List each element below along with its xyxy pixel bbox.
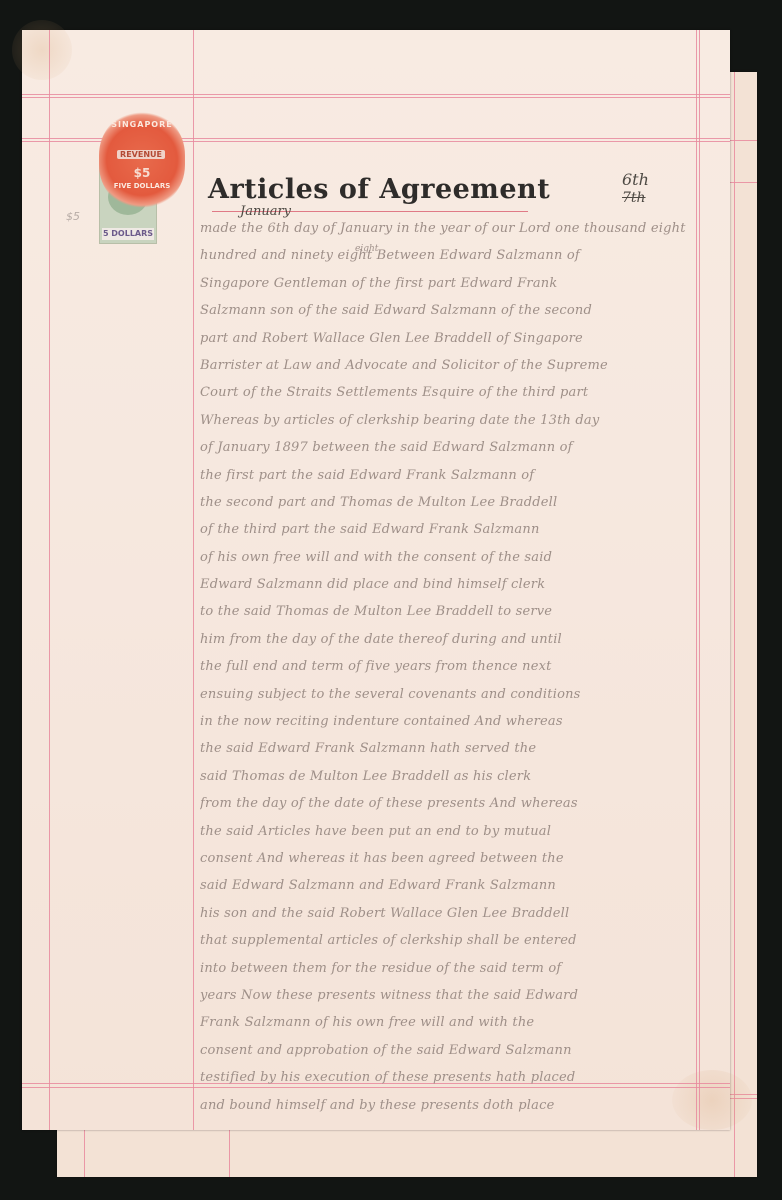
text-line: part and Robert Wallace Glen Lee Braddel… [200,325,705,352]
text-line: consent And whereas it has been agreed b… [200,845,705,872]
left-margin-rule [49,30,50,1130]
text-line: the first part the said Edward Frank Sal… [200,462,705,489]
text-line: to the said Thomas de Multon Lee Braddel… [200,598,705,625]
text-line: said Edward Salzmann and Edward Frank Sa… [200,872,705,899]
text-line: of January 1897 between the said Edward … [200,434,705,461]
revenue-stamp-value-words: FIVE DOLLARS [99,182,185,190]
text-line: testified by his execution of these pres… [200,1064,705,1091]
day-original-struck: 7th [622,190,646,206]
text-line: ensuing subject to the several covenants… [200,681,705,708]
text-line: Barrister at Law and Advocate and Solici… [200,352,705,379]
text-line: the said Edward Frank Salzmann hath serv… [200,735,705,762]
text-line: said Thomas de Multon Lee Braddell as hi… [200,763,705,790]
text-line: Singapore Gentleman of the first part Ed… [200,270,705,297]
top-rule [22,94,730,95]
text-line: Salzmann son of the said Edward Salzmann… [200,297,705,324]
text-line: his son and the said Robert Wallace Glen… [200,900,705,927]
text-line: consent and approbation of the said Edwa… [200,1037,705,1064]
text-line: Frank Salzmann of his own free will and … [200,1009,705,1036]
back-right-margin-rule [734,72,735,1177]
text-line: the said Articles have been put an end t… [200,818,705,845]
inner-margin-rule [193,30,194,1130]
singapore-revenue-stamp: SINGAPORE REVENUE $5 FIVE DOLLARS [99,112,185,208]
text-line: and bound himself and by these presents … [200,1092,705,1119]
text-line: the full end and term of five years from… [200,653,705,680]
text-line: him from the day of the date thereof dur… [200,626,705,653]
text-line: Edward Salzmann did place and bind himse… [200,571,705,598]
text-line: years Now these presents witness that th… [200,982,705,1009]
revenue-stamp-value: $5 [99,166,185,180]
margin-note: $5 [66,210,80,223]
text-line: that supplemental articles of clerkship … [200,927,705,954]
agreement-body: made the 6th day of January in the year … [200,215,705,1119]
stamp-value-label: 5 DOLLARS [102,228,154,240]
day-correction: 6th [622,170,649,189]
text-line: of his own free will and with the consen… [200,544,705,571]
revenue-stamp-country: SINGAPORE [99,120,185,129]
text-line: in the now reciting indenture contained … [200,708,705,735]
paper-stain [12,20,72,80]
document-title: Articles of Agreement [208,174,550,205]
text-line: hundred and ninety eight Between Edward … [200,242,705,269]
text-line: the second part and Thomas de Multon Lee… [200,489,705,516]
top-rule-2 [22,97,730,98]
text-line: of the third part the said Edward Frank … [200,516,705,543]
text-line: from the day of the date of these presen… [200,790,705,817]
text-line: Whereas by articles of clerkship bearing… [200,407,705,434]
text-line: into between them for the residue of the… [200,955,705,982]
revenue-stamp-label: REVENUE [117,150,165,159]
text-line: made the 6th day of January in the year … [200,215,705,242]
text-line: Court of the Straits Settlements Esquire… [200,379,705,406]
